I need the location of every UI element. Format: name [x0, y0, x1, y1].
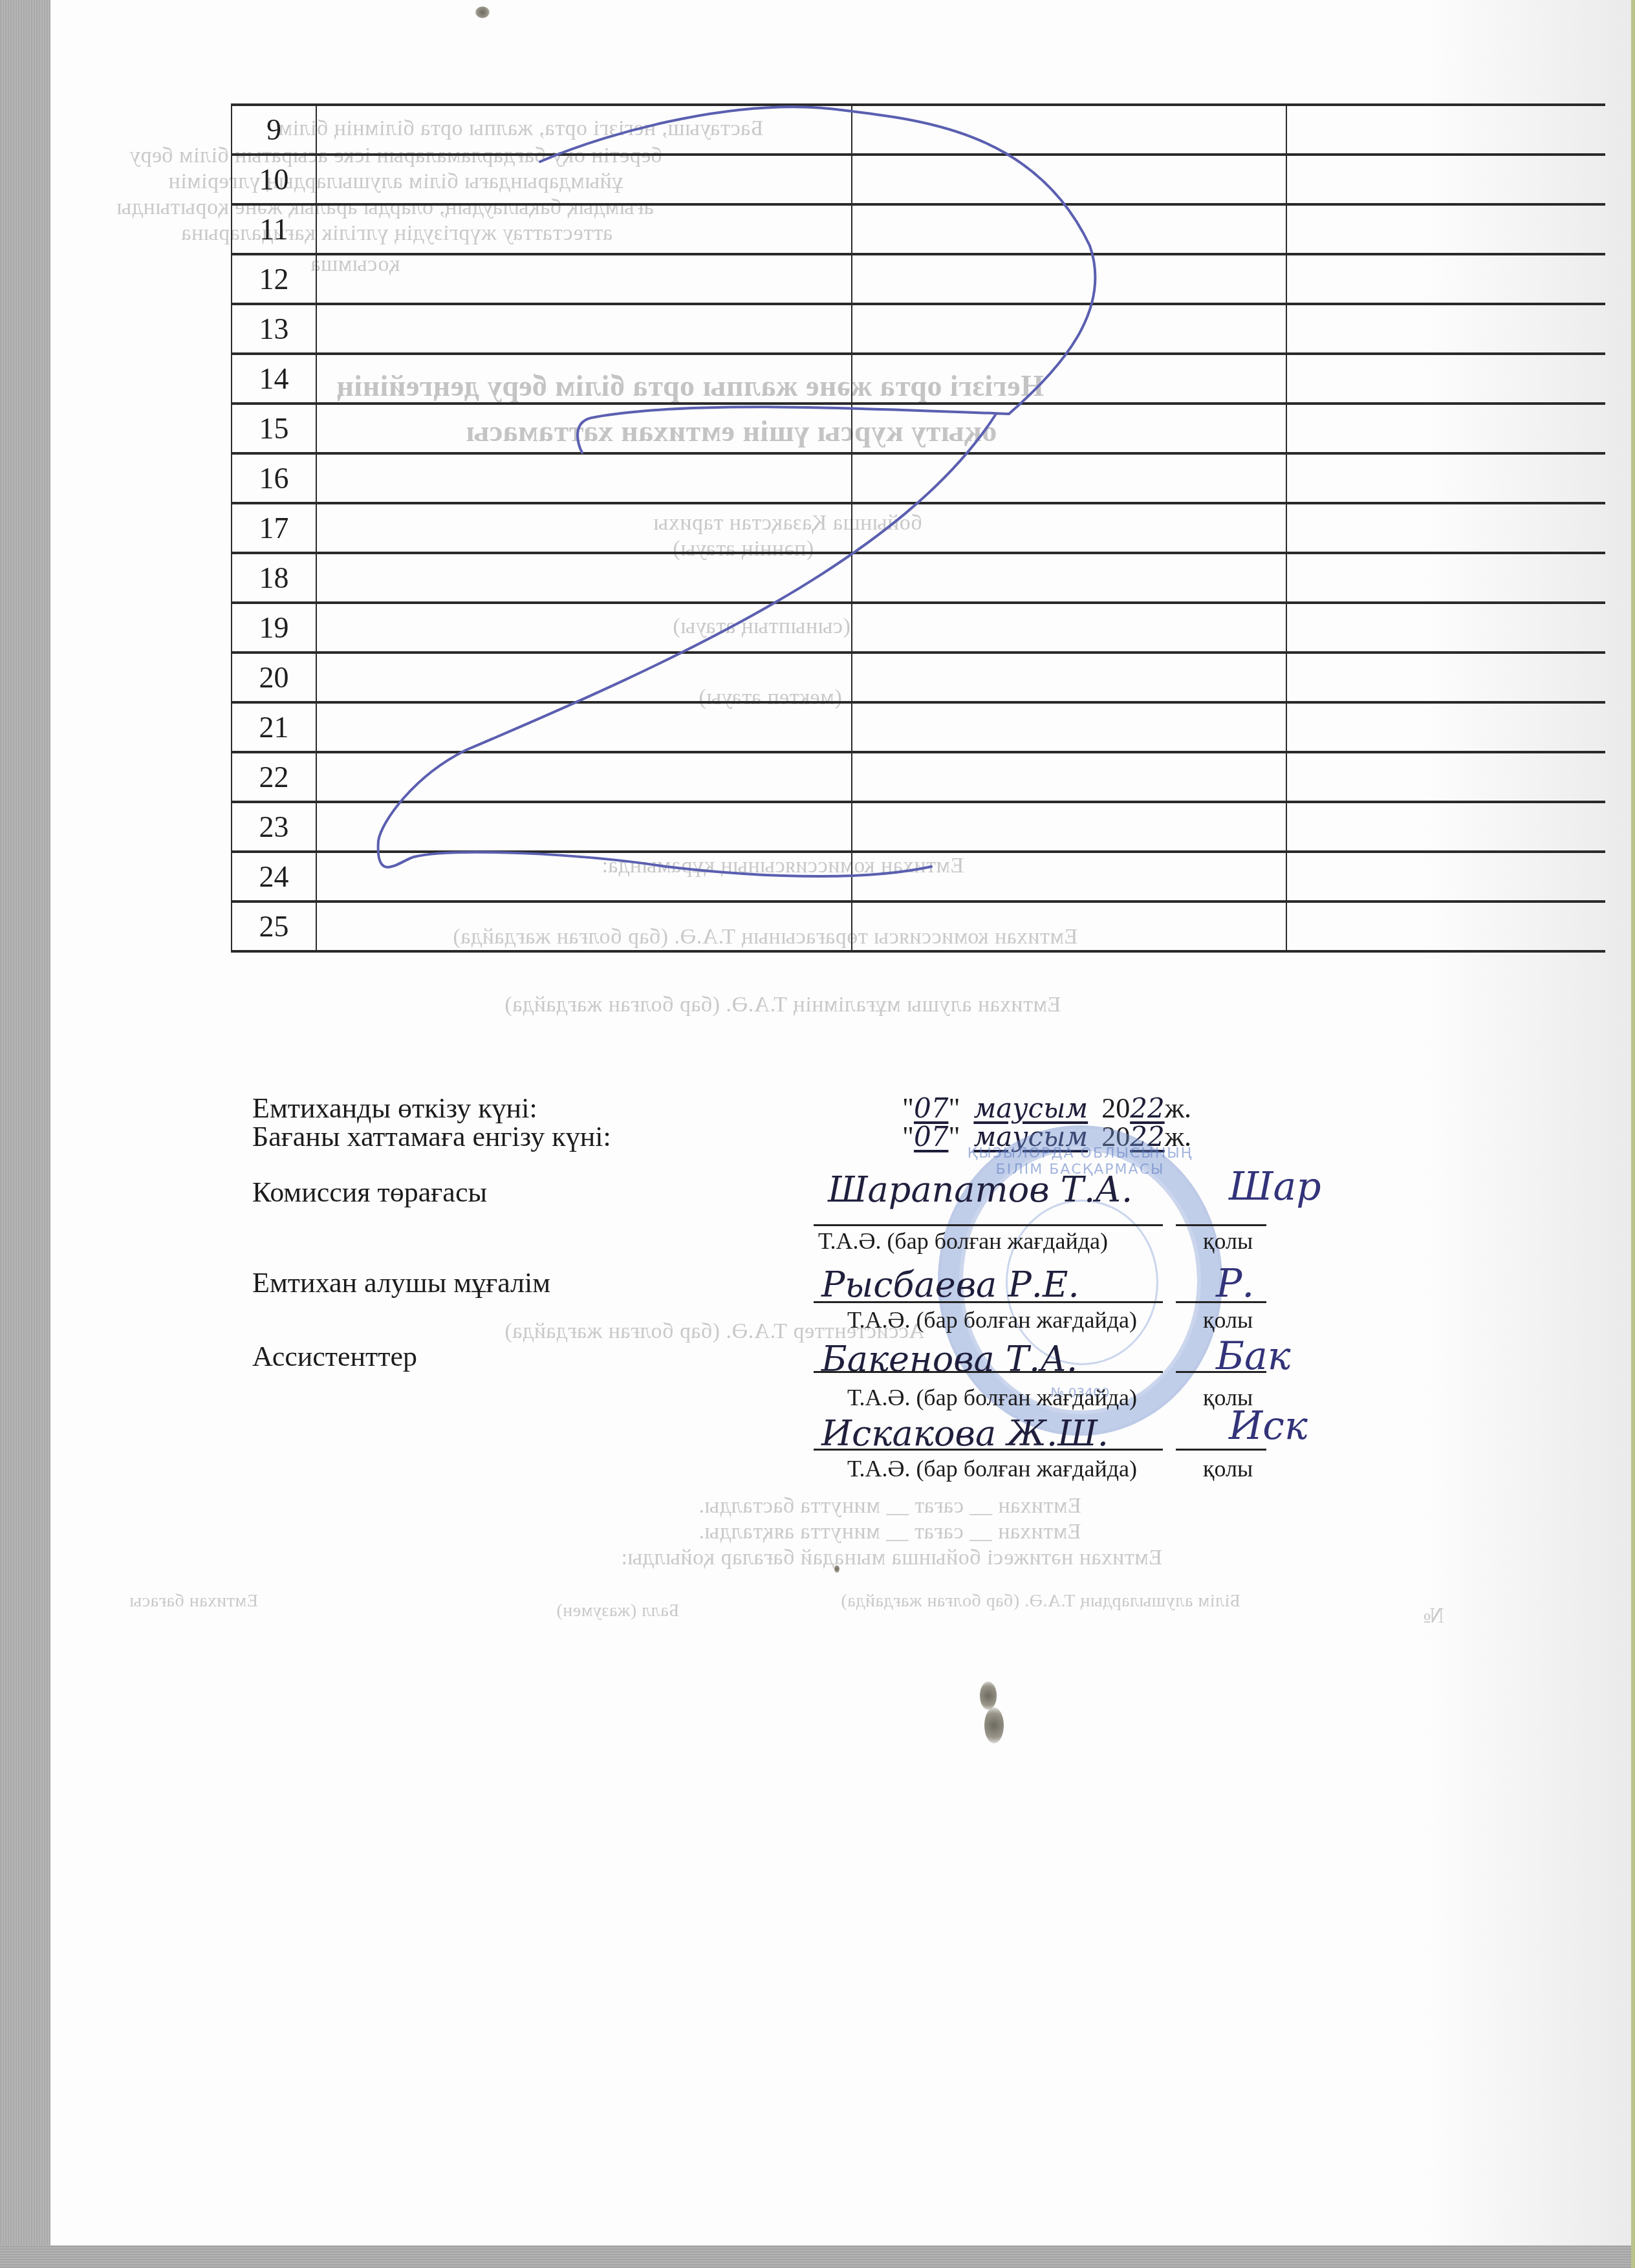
quote: " [902, 1092, 914, 1124]
ghost-form-line: Емтихан нәтижесі бойынша мынадай бағалар… [621, 1546, 1162, 1570]
student-name-cell [316, 453, 852, 503]
table-row: 23 [232, 802, 1605, 852]
score-cell [852, 204, 1286, 254]
assistant-2-name-caption: Т.А.Ә. (бар болған жағдайда) [847, 1455, 1137, 1482]
table-row: 19 [232, 603, 1605, 653]
score-cell [852, 902, 1286, 951]
grade-cell [1286, 404, 1605, 453]
row-number: 14 [232, 354, 316, 404]
chair-sign-caption: қолы [1203, 1227, 1253, 1255]
grade-cell [1286, 603, 1605, 653]
table-row: 20 [232, 653, 1605, 702]
student-name-cell [316, 204, 852, 254]
row-number: 25 [232, 902, 316, 951]
assistant-2-sign-caption: қолы [1203, 1455, 1253, 1482]
grade-cell [1286, 453, 1605, 503]
entry-date-label: Бағаны хаттамаға енгізу күні: [252, 1120, 611, 1153]
table-row: 14 [232, 354, 1605, 404]
row-number: 16 [232, 453, 316, 503]
chair-label: Комиссия төрағасы [252, 1176, 487, 1209]
assistant-1-name-handwritten: Бакенова Т.А. [821, 1339, 1077, 1379]
student-name-cell [316, 155, 852, 204]
grade-cell [1286, 752, 1605, 802]
student-name-cell [316, 254, 852, 304]
score-cell [852, 653, 1286, 702]
score-cell [852, 304, 1286, 354]
scan-edge-bottom [0, 2245, 1635, 2268]
score-cell [852, 404, 1286, 453]
teacher-label: Емтихан алушы мұғалім [252, 1266, 550, 1299]
student-name-cell [316, 553, 852, 603]
table-row: 24 [232, 852, 1605, 902]
chair-name-line [814, 1224, 1163, 1226]
row-number: 24 [232, 852, 316, 902]
student-name-cell [316, 752, 852, 802]
exam-day: 07 [914, 1092, 948, 1124]
score-cell [852, 802, 1286, 852]
student-name-cell [316, 304, 852, 354]
score-cell [852, 752, 1286, 802]
row-number: 18 [232, 553, 316, 603]
table-row: 12 [232, 254, 1605, 304]
grade-cell [1286, 802, 1605, 852]
student-name-cell [316, 702, 852, 752]
row-number: 19 [232, 603, 316, 653]
table-row: 9 [232, 105, 1605, 155]
scan-edge-left [0, 0, 50, 2268]
assistant-2-name-line [814, 1449, 1163, 1451]
student-name-cell [316, 802, 852, 852]
exam-year-suffix: 22 [1130, 1092, 1164, 1124]
scan-smudge [475, 6, 490, 18]
exam-month: маусым [967, 1092, 1094, 1124]
row-number: 21 [232, 702, 316, 752]
table-row: 22 [232, 752, 1605, 802]
assistant-1-name-caption: Т.А.Ә. (бар болған жағдайда) [847, 1384, 1137, 1411]
student-name-cell [316, 105, 852, 155]
scan-smudge [980, 1681, 997, 1710]
grade-table: 910111213141516171819202122232425 [231, 103, 1605, 953]
grade-cell [1286, 155, 1605, 204]
score-cell [852, 852, 1286, 902]
table-row: 18 [232, 553, 1605, 603]
assistant-1-sign-line [1176, 1371, 1266, 1373]
year-prefix: 20 [1101, 1092, 1130, 1124]
grade-cell [1286, 902, 1605, 951]
teacher-sign-line [1176, 1301, 1266, 1303]
grade-cell [1286, 254, 1605, 304]
grade-cell [1286, 204, 1605, 254]
scan-speck [834, 1565, 839, 1573]
row-number: 10 [232, 155, 316, 204]
table-row: 15 [232, 404, 1605, 453]
chair-signature: Шар [1229, 1164, 1321, 1209]
teacher-sign-caption: қолы [1203, 1306, 1253, 1334]
student-name-cell [316, 653, 852, 702]
student-name-cell [316, 852, 852, 902]
row-number: 13 [232, 304, 316, 354]
score-cell [852, 702, 1286, 752]
row-number: 15 [232, 404, 316, 453]
assistants-label: Ассистенттер [252, 1340, 417, 1373]
assistant-2-name-handwritten: Искакова Ж.Ш. [821, 1413, 1109, 1454]
teacher-signature: Р. [1216, 1261, 1254, 1306]
chair-name-handwritten: Шарапатов Т.А. [828, 1169, 1132, 1210]
table-row: 17 [232, 503, 1605, 553]
year-suffix-label: ж. [1165, 1092, 1191, 1124]
ghost-table-header: Емтихан бағасы [129, 1591, 258, 1612]
score-cell [852, 105, 1286, 155]
grade-cell [1286, 553, 1605, 603]
scan-edge-right [1631, 0, 1635, 2268]
chair-sign-line [1176, 1224, 1266, 1226]
scan-smudge [984, 1707, 1004, 1744]
quote: " [902, 1121, 914, 1152]
student-name-cell [316, 503, 852, 553]
ghost-table-header: Балл (жазумен) [556, 1601, 679, 1621]
row-number: 17 [232, 503, 316, 553]
teacher-name-handwritten: Рысбаева Р.Е. [821, 1264, 1079, 1305]
quote: " [948, 1092, 960, 1124]
grade-cell [1286, 105, 1605, 155]
grade-table-body: 910111213141516171819202122232425 [232, 105, 1605, 951]
score-cell [852, 503, 1286, 553]
row-number: 23 [232, 802, 316, 852]
grade-cell [1286, 702, 1605, 752]
ghost-form-line: Емтихан __ сағат __ минутта аяқталды. [698, 1520, 1081, 1544]
table-row: 10 [232, 155, 1605, 204]
score-cell [852, 553, 1286, 603]
student-name-cell [316, 603, 852, 653]
student-name-cell [316, 404, 852, 453]
table-row: 16 [232, 453, 1605, 503]
assistant-2-sign-line [1176, 1449, 1266, 1451]
score-cell [852, 603, 1286, 653]
row-number: 12 [232, 254, 316, 304]
table-row: 11 [232, 204, 1605, 254]
grade-cell [1286, 354, 1605, 404]
table-row: 25 [232, 902, 1605, 951]
row-number: 20 [232, 653, 316, 702]
score-cell [852, 155, 1286, 204]
assistant-1-name-line [814, 1371, 1163, 1373]
student-name-cell [316, 354, 852, 404]
assistant-2-signature: Иск [1229, 1403, 1308, 1449]
grade-cell [1286, 653, 1605, 702]
table-row: 21 [232, 702, 1605, 752]
grade-cell [1286, 503, 1605, 553]
ghost-form-line: Емтихан __ сағат __ минутта басталды. [698, 1494, 1081, 1518]
ghost-table-header: № [1423, 1604, 1444, 1628]
teacher-name-caption: Т.А.Ә. (бар болған жағдайда) [847, 1306, 1137, 1334]
grade-cell [1286, 852, 1605, 902]
chair-name-caption: Т.А.Ә. (бар болған жағдайда) [818, 1227, 1108, 1255]
row-number: 22 [232, 752, 316, 802]
score-cell [852, 453, 1286, 503]
score-cell [852, 354, 1286, 404]
student-name-cell [316, 902, 852, 951]
ghost-form-line: Емтихан алушы мұғалімнің Т.А.Ә. (бар бол… [504, 993, 1061, 1017]
ghost-table-header: Білім алушылардың Т.А.Ә. (бар болған жағ… [841, 1591, 1240, 1612]
score-cell [852, 254, 1286, 304]
teacher-name-line [814, 1301, 1163, 1303]
table-row: 13 [232, 304, 1605, 354]
grade-cell [1286, 304, 1605, 354]
row-number: 11 [232, 204, 316, 254]
row-number: 9 [232, 105, 316, 155]
